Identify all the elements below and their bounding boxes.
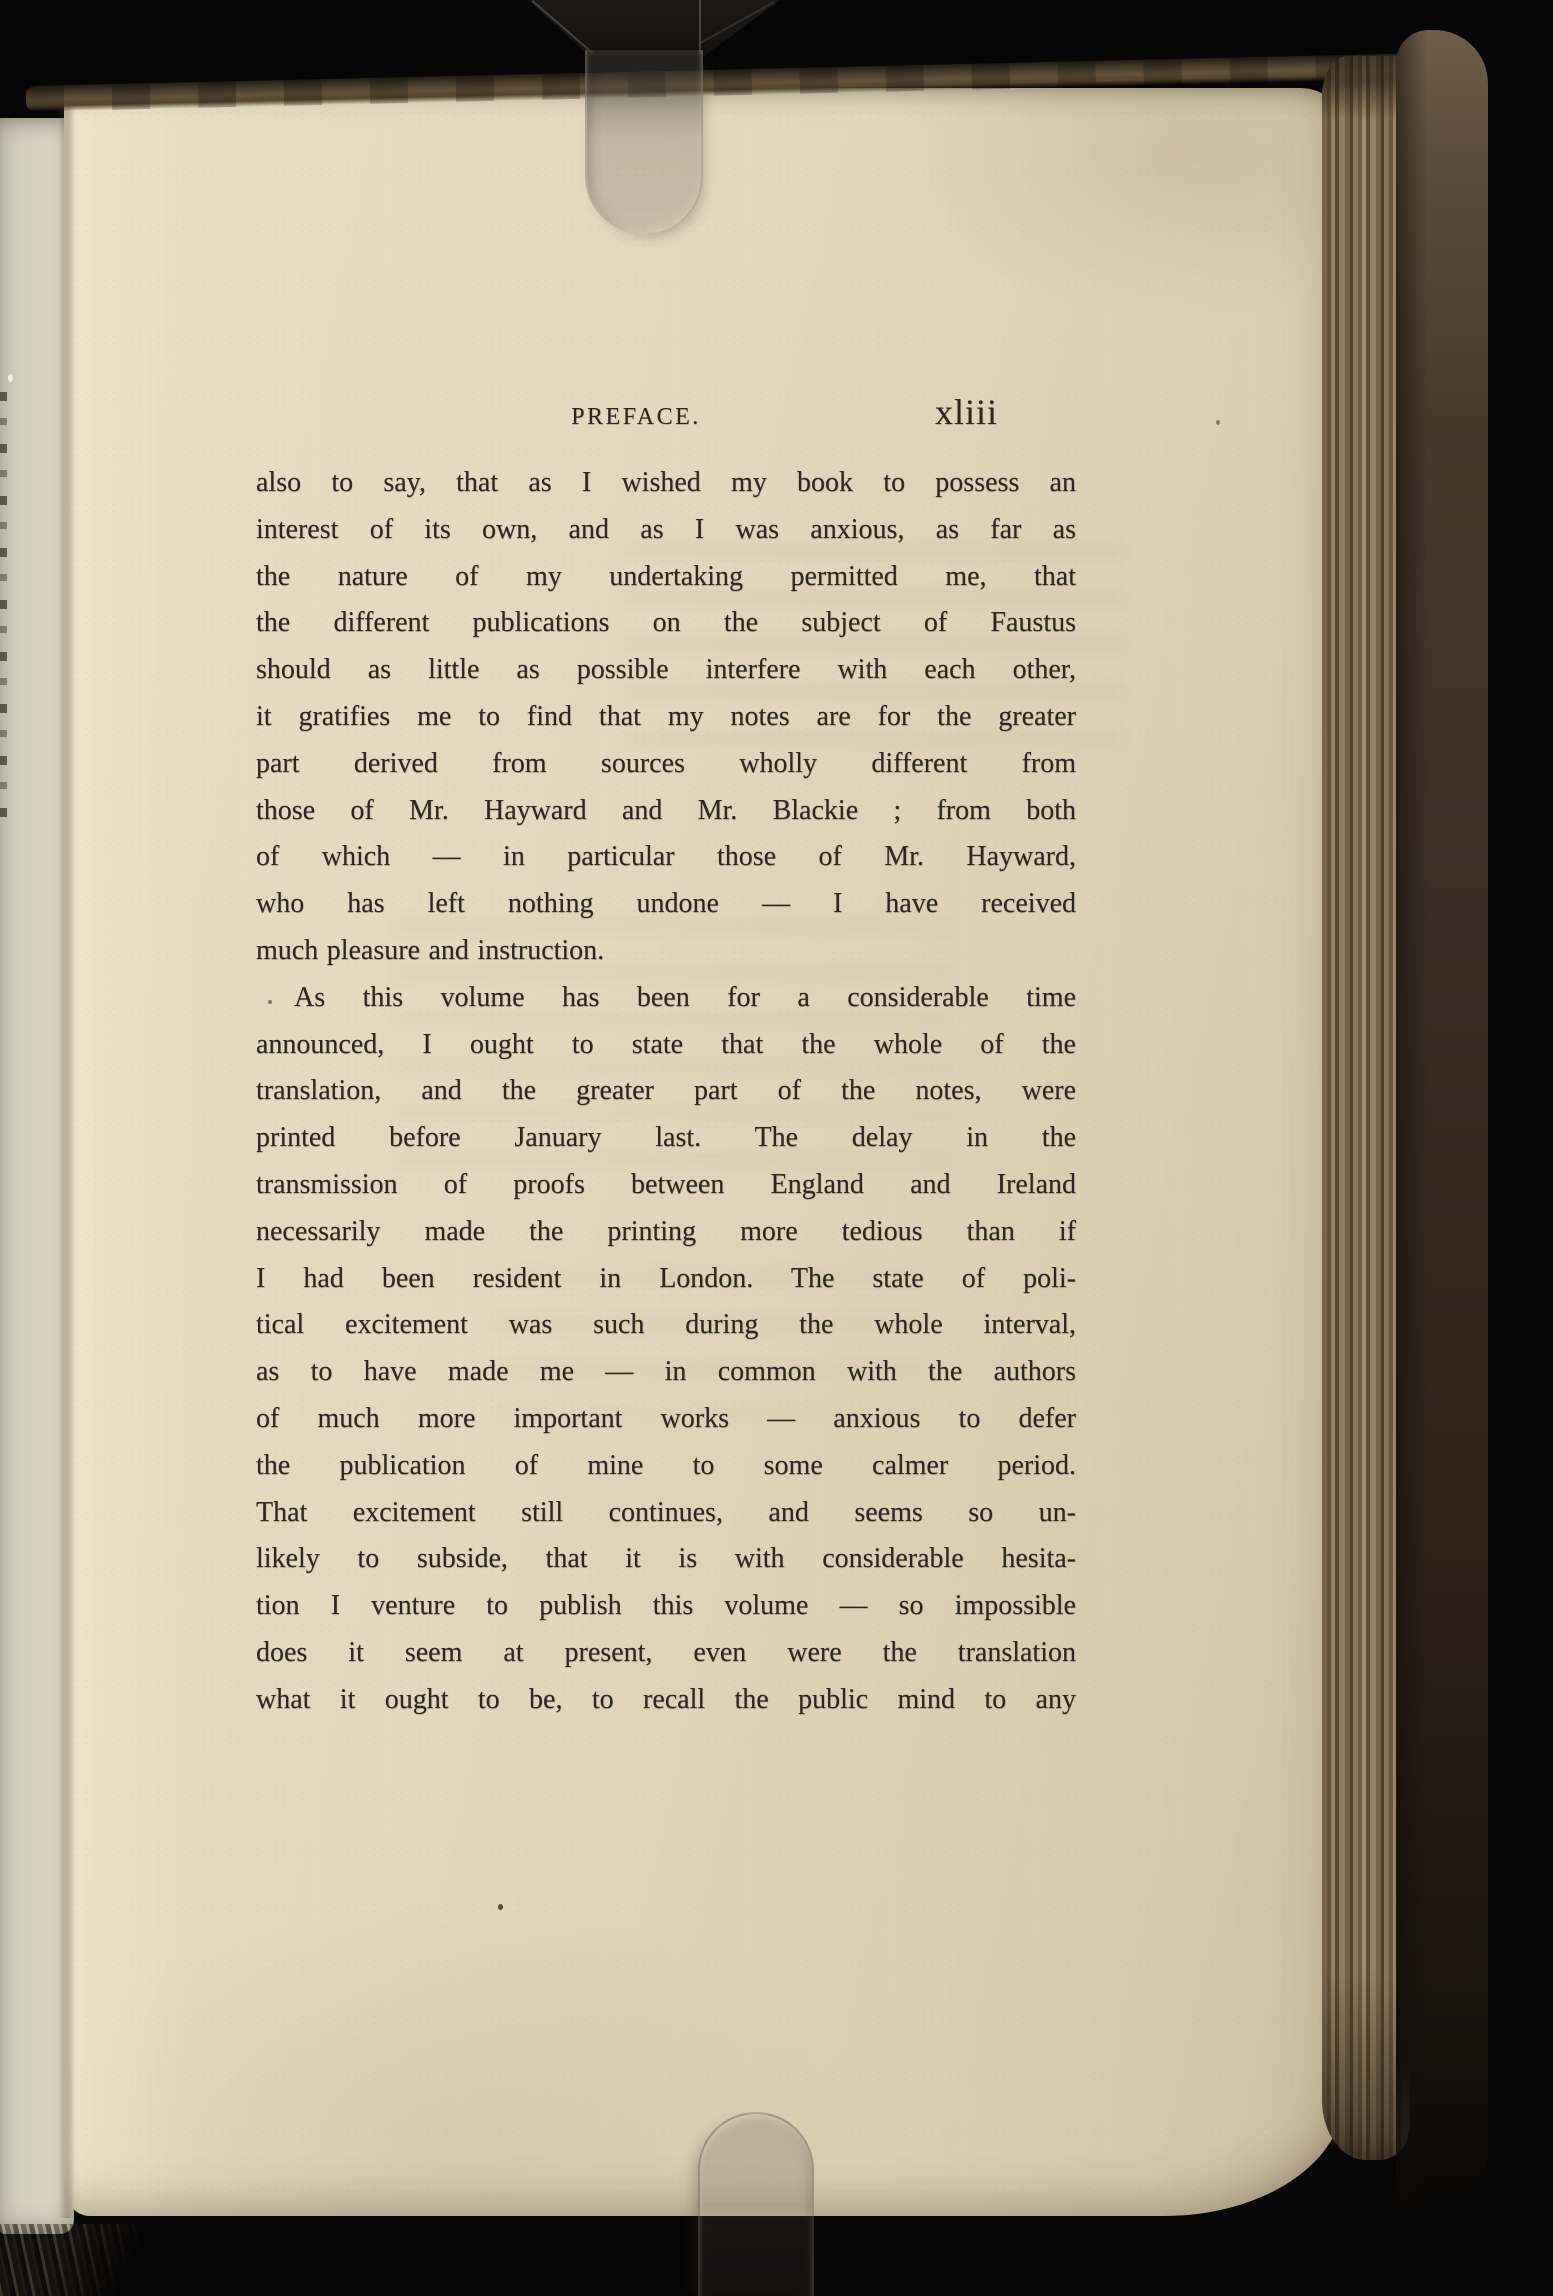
gutter-fold-shadow [58,100,76,2218]
text-line: translation, and the greater part of the… [256,1068,1076,1115]
text-line: much pleasure and instruction. [256,928,1076,975]
text-line: That excitement still continues, and see… [256,1490,1076,1537]
paper-speck [268,1000,272,1004]
bottom-left-page-edges [0,2224,160,2296]
paper-speck [1216,420,1220,425]
text-line: of which — in particular those of Mr. Ha… [256,834,1076,881]
paper-speck [498,1904,503,1910]
facing-page-text-fragments [0,392,7,824]
book-cover-edge [1396,30,1488,2216]
text-line: the different publications on the subjec… [256,600,1076,647]
book-page: PREFACE. xliii also to say, that as I wi… [64,88,1344,2216]
text-line: the publication of mine to some calmer p… [256,1443,1076,1490]
text-line: the nature of my undertaking permitted m… [256,554,1076,601]
text-line: tical excitement was such during the who… [256,1302,1076,1349]
paper-speck [843,1232,846,1236]
text-line: it gratifies me to find that my notes ar… [256,694,1076,741]
text-line: of much more important works — anxious t… [256,1396,1076,1443]
text-line: does it seem at present, even were the t… [256,1630,1076,1677]
page-number: xliii [935,392,1075,432]
text-line: I had been resident in London. The state… [256,1256,1076,1303]
text-line: announced, I ought to state that the who… [256,1022,1076,1069]
text-line: As this volume has been for a considerab… [256,975,1076,1022]
bottom-holding-strap [698,2112,814,2296]
text-line: should as little as possible interfere w… [256,647,1076,694]
paper-speck [8,374,13,382]
strap-edge-line [699,0,701,54]
text-line: what it ought to be, to recall the publi… [256,1677,1076,1724]
text-line: tion I venture to publish this volume — … [256,1583,1076,1630]
book-photo: PREFACE. xliii also to say, that as I wi… [0,0,1553,2296]
text-line: who has left nothing undone — I have rec… [256,881,1076,928]
running-title: PREFACE. [500,402,772,432]
text-line: as to have made me — in common with the … [256,1349,1076,1396]
strap-band [585,50,703,234]
text-line: printed before January last. The delay i… [256,1115,1076,1162]
text-line: those of Mr. Hayward and Mr. Blackie ; f… [256,788,1076,835]
text-line: likely to subside, that it is with consi… [256,1536,1076,1583]
page-body-text: also to say, that as I wished my book to… [256,460,1076,1724]
text-line: also to say, that as I wished my book to… [256,460,1076,507]
text-line: part derived from sources wholly differe… [256,741,1076,788]
top-holding-strap [518,0,780,236]
text-line: interest of its own, and as I was anxiou… [256,507,1076,554]
text-line: necessarily made the printing more tedio… [256,1209,1076,1256]
text-line: transmission of proofs between England a… [256,1162,1076,1209]
strap-flare [518,0,780,56]
